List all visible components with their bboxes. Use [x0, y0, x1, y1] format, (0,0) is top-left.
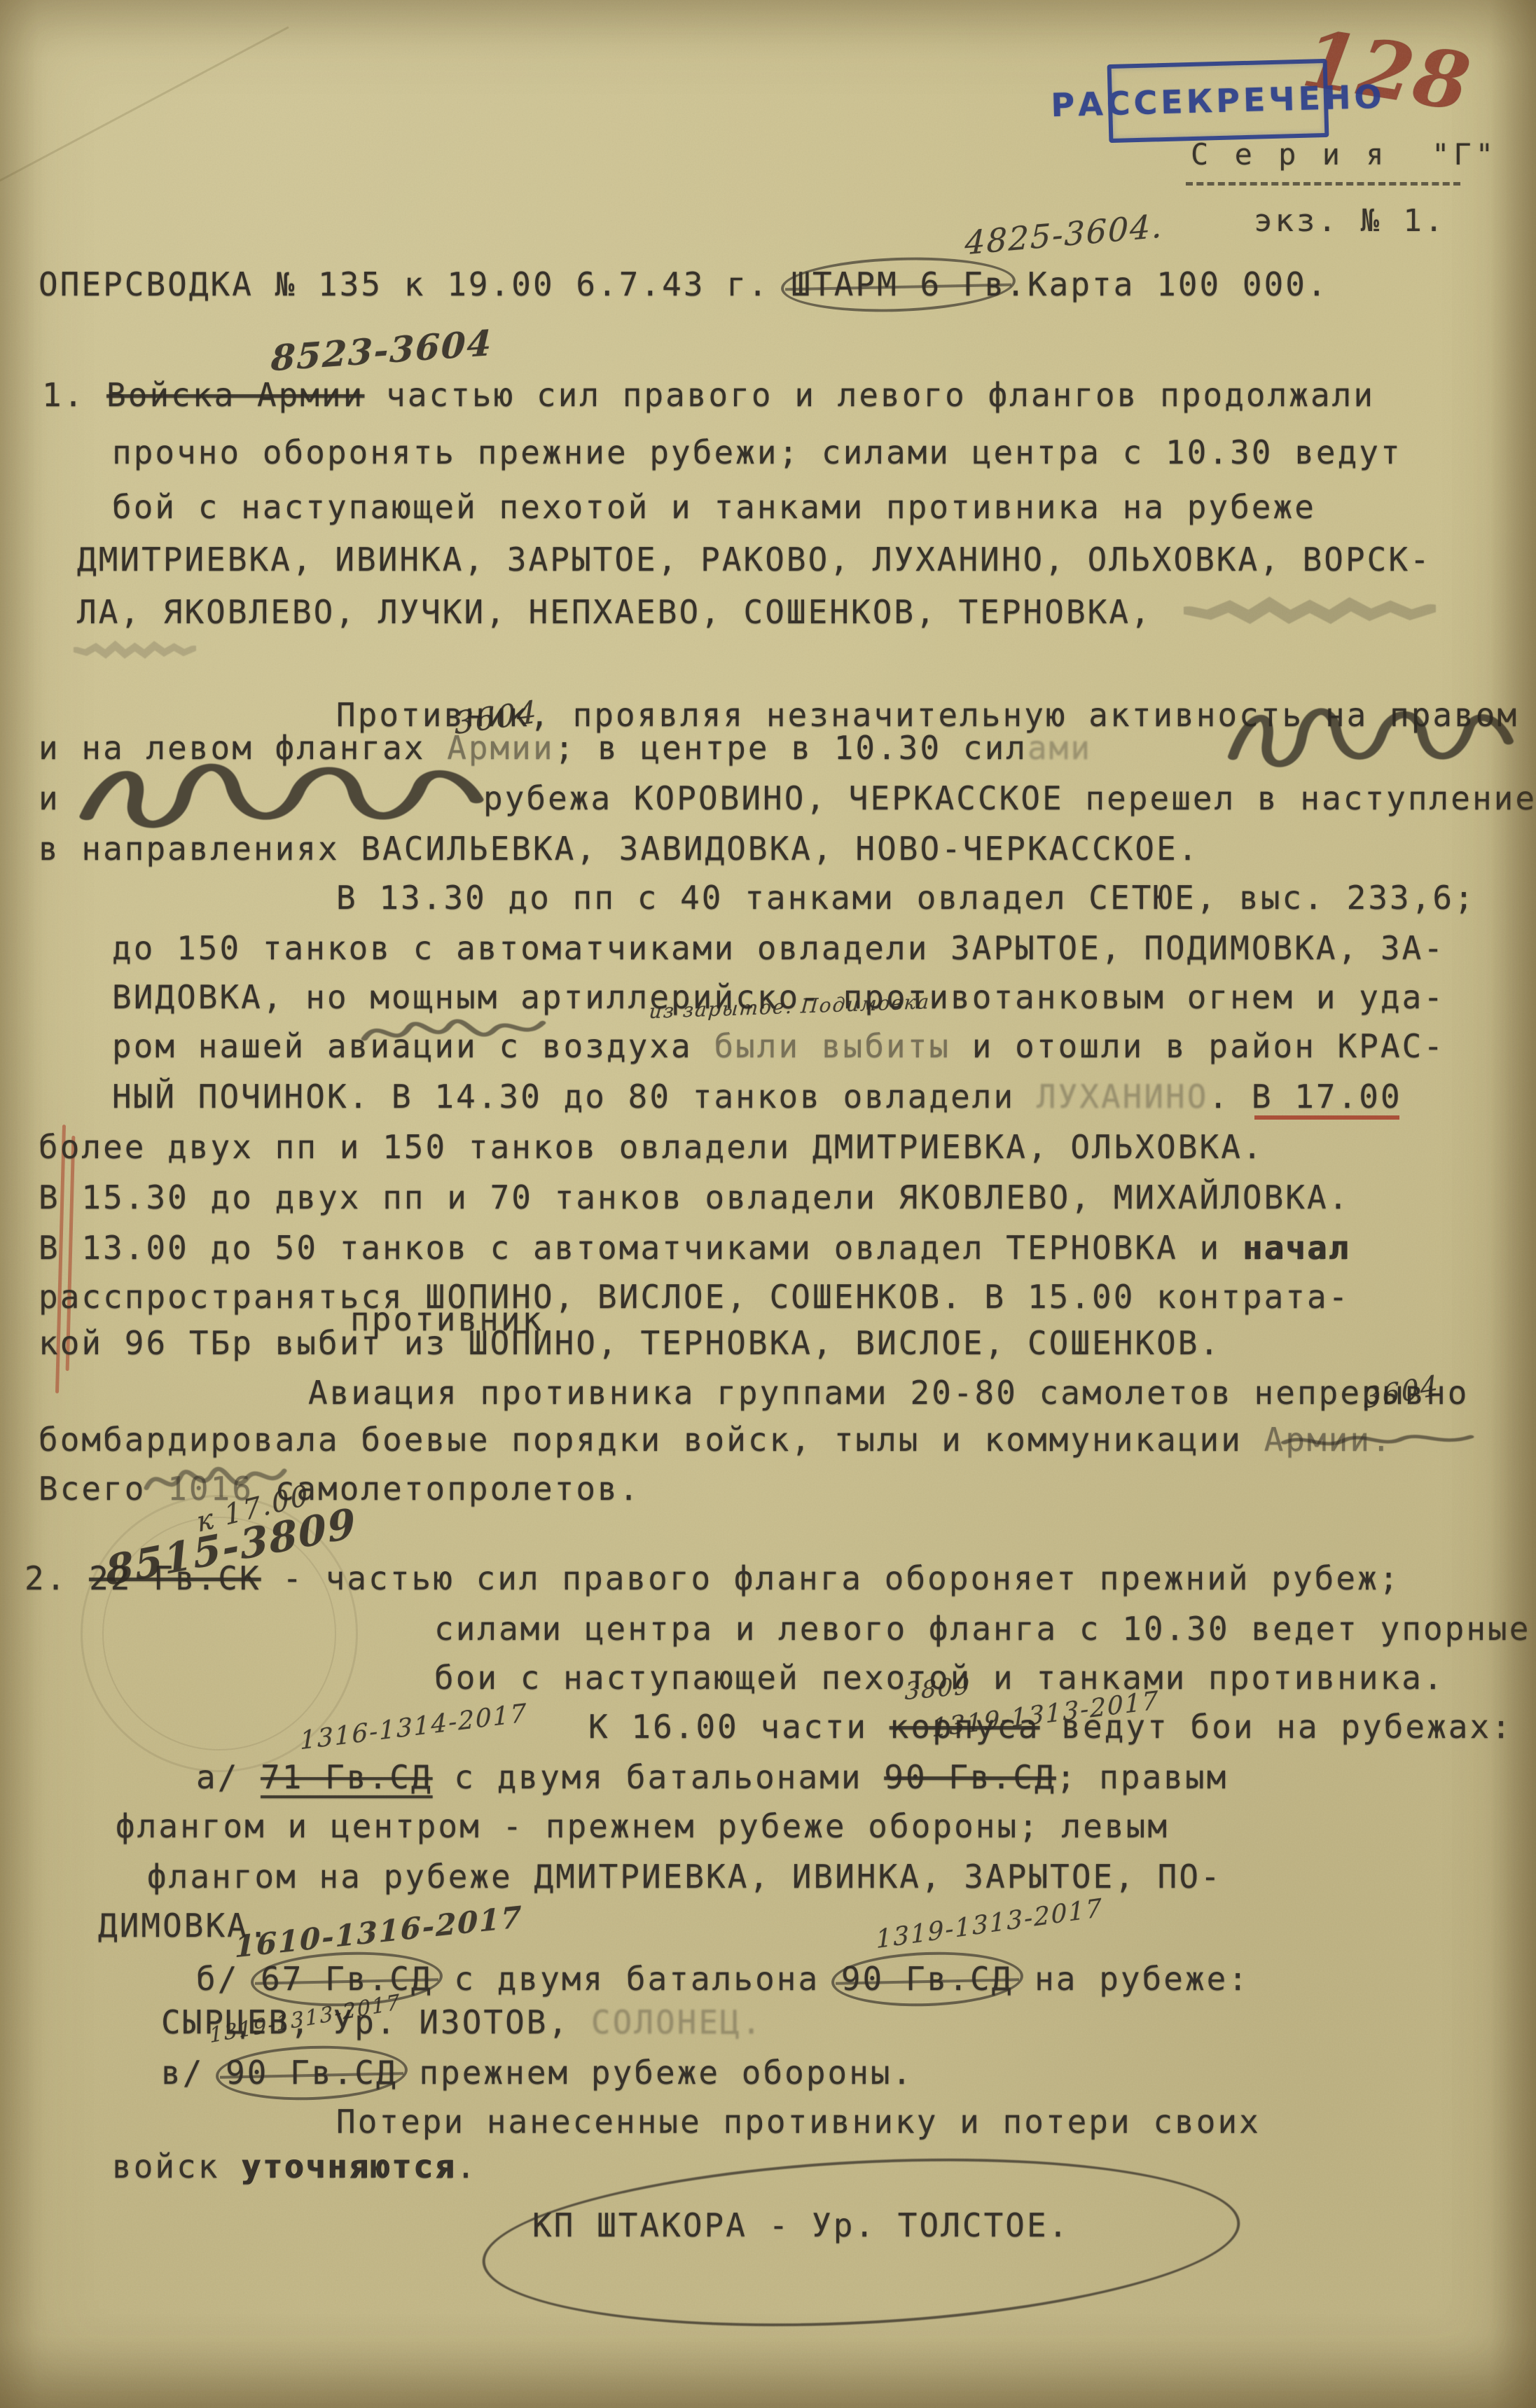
handwritten-scribble [144, 1454, 287, 1503]
handwritten-scribble [78, 753, 485, 837]
handwritten-annotation: 1610-1316-2017 [235, 1900, 523, 1964]
document-page: РАССЕКРЕЧЕНО 128 С е р и я "Г" экз. № 1.… [0, 0, 1536, 2408]
handwritten-annotation: 4825-3604. [964, 207, 1163, 262]
handwritten-scribble [361, 1007, 546, 1052]
handwritten-scribble [74, 636, 196, 664]
handwritten-annotation: 1319-1313-2017 [209, 1990, 402, 2048]
handwritten-annotation: 1319-1313-2017 [876, 1893, 1103, 1954]
handwritten-annotation: 8523-3604 [270, 322, 493, 379]
handwritten-annotation: 3604 [1362, 1370, 1440, 1415]
handwritten-annotation: 3604 [454, 694, 539, 742]
handwritten-scribble [1227, 699, 1514, 776]
handwritten-annotation: 1316-1314-2017 [300, 1699, 527, 1755]
handwritten-scribble [1184, 590, 1436, 632]
handwritten-annotation: 3809 [904, 1672, 971, 1706]
declassified-stamp: РАССЕКРЕЧЕНО [1107, 59, 1329, 143]
handwritten-scribble [1280, 1421, 1476, 1460]
handwritten-annotation: из зарытое. Подимовка [649, 990, 932, 1023]
handwriting-layer: 4825-3604.8523-36043604из зарытое. Подим… [0, 0, 1536, 2408]
